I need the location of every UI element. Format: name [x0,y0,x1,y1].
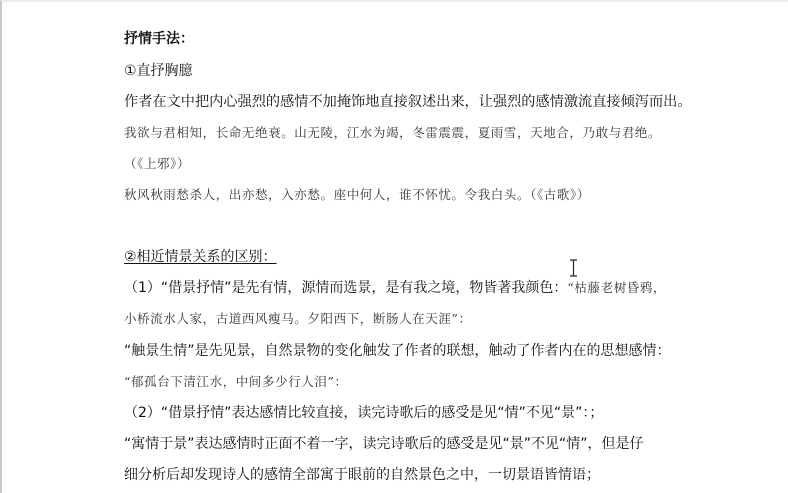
paragraph-3-line-1: （2）“借景抒情”表达感情比较直接，读完诗歌后的感受是见“情”不见“景”：； [124,404,603,422]
poem-example-1-line-1: 我欲与君相知，长命无绝衰。山无陵，江水为竭，冬雷震震，夏雨雪，天地合，乃敢与君绝… [124,124,661,142]
document-page: 抒情手法： ①直抒胸臆 作者在文中把内心强烈的感情不加掩饰地直接叙述出来，让强烈… [0,0,788,493]
subsection-title-distinctions: ②相近情景关系的区别： [124,248,277,266]
paragraph-1-line-1-text: （1）“借景抒情”是先有情，源情而选景，是有我之境，物皆著我颜色： [124,280,567,296]
paragraph-description: 作者在文中把内心强烈的感情不加掩饰地直接叙述出来，让强烈的感情激流直接倾泻而出。 [124,93,692,111]
text-cursor-icon [569,259,578,277]
section-heading: 抒情手法： [124,30,194,48]
poem-example-2: 秋风秋雨愁杀人，出亦愁，入亦愁。座中何人，谁不怀忧。令我白头。（《古歌》） [124,186,590,204]
paragraph-4-line-1: “寓情于景”表达感情时正面不着一字，读完诗歌后的感受是见“景”不见“情”，但是仔 [124,435,644,453]
paragraph-4-line-2: 细分析后却发现诗人的感情全部寓于眼前的自然景色之中，一切景语皆情语； [124,466,600,484]
poem-quote-start: “枯藤老树昏鸦， [567,280,666,295]
paragraph-2-line-1: “触景生情”是先见景，自然景物的变化触发了作者的联想，触动了作者内在的思想感情： [124,342,671,360]
poem-example-1-line-2: （《上邪》） [124,155,190,173]
paragraph-2-line-2: “郁孤台下清江水，中间多少行人泪”： [124,373,348,391]
paragraph-1-line-2: 小桥流水人家，古道西风瘦马。夕阳西下，断肠人在天涯”： [124,310,472,328]
subsection-title-direct-expression: ①直抒胸臆 [124,62,193,80]
paragraph-1-line-1: （1）“借景抒情”是先有情，源情而选景，是有我之境，物皆著我颜色：“枯藤老树昏鸦… [124,279,666,297]
